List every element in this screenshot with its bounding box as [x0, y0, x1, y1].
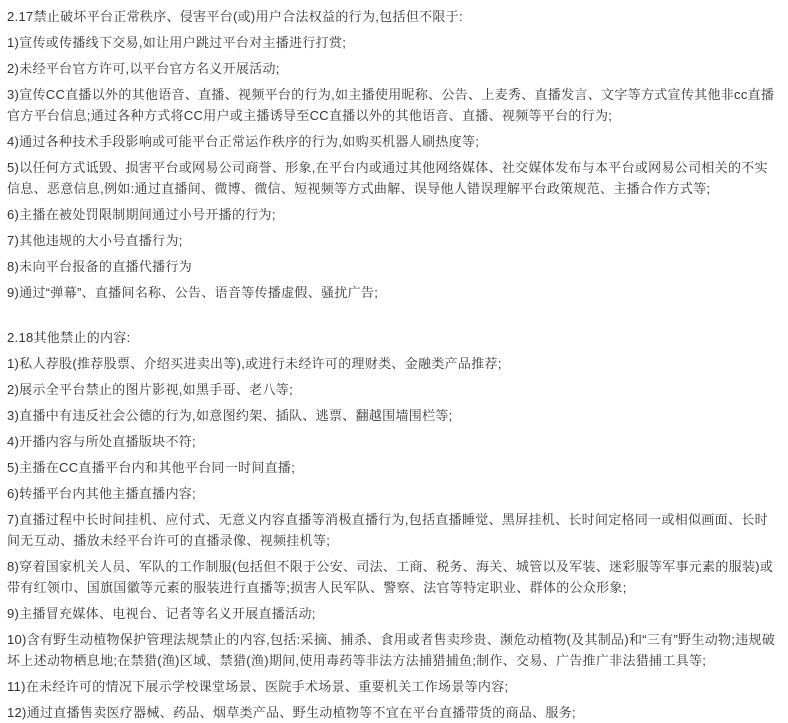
rule-item: 1)宣传或传播线下交易,如让用户跳过平台对主播进行打赏; [7, 32, 781, 53]
rule-item: 4)开播内容与所处直播版块不符; [7, 431, 781, 452]
rule-item: 2)未经平台官方许可,以平台官方名义开展活动; [7, 58, 781, 79]
rule-item: 12)通过直播售卖医疗器械、药品、烟草类产品、野生动植物等不宜在平台直播带货的商… [7, 702, 781, 723]
rule-item: 5)主播在CC直播平台内和其他平台同一时间直播; [7, 457, 781, 478]
rule-item: 8)穿着国家机关人员、军队的工作制服(包括但不限于公安、司法、工商、税务、海关、… [7, 556, 781, 598]
rule-item: 1)私人荐股(推荐股票、介绍买进卖出等),或进行未经许可的理财类、金融类产品推荐… [7, 353, 781, 374]
rule-item: 4)通过各种技术手段影响或可能平台正常运作秩序的行为,如购买机器人刷热度等; [7, 131, 781, 152]
rule-item: 6)转播平台内其他主播直播内容; [7, 483, 781, 504]
rule-item: 9)通过“弹幕”、直播间名称、公告、语音等传播虚假、骚扰广告; [7, 282, 781, 303]
document-page: 2.17禁止破坏平台正常秩序、侵害平台(或)用户合法权益的行为,包括但不限于: … [0, 0, 788, 723]
section-heading: 2.18其他禁止的内容: [7, 327, 781, 348]
rule-item: 6)主播在被处罚限制期间通过小号开播的行为; [7, 204, 781, 225]
rule-item: 2)展示全平台禁止的图片影视,如黑手哥、老八等; [7, 379, 781, 400]
rule-item: 5)以任何方式诋毁、损害平台或网易公司商誉、形象,在平台内或通过其他网络媒体、社… [7, 157, 781, 199]
rule-item: 10)含有野生动植物保护管理法规禁止的内容,包括:采摘、捕杀、食用或者售卖珍贵、… [7, 629, 781, 671]
rule-item: 9)主播冒充媒体、电视台、记者等名义开展直播活动; [7, 603, 781, 624]
rule-item: 8)未向平台报备的直播代播行为 [7, 256, 781, 277]
section-heading: 2.17禁止破坏平台正常秩序、侵害平台(或)用户合法权益的行为,包括但不限于: [7, 6, 781, 27]
section-2-18: 2.18其他禁止的内容: 1)私人荐股(推荐股票、介绍买进卖出等),或进行未经许… [7, 327, 781, 723]
rule-item: 7)其他违规的大小号直播行为; [7, 230, 781, 251]
section-2-17: 2.17禁止破坏平台正常秩序、侵害平台(或)用户合法权益的行为,包括但不限于: … [7, 6, 781, 303]
rule-item: 11)在未经许可的情况下展示学校课堂场景、医院手术场景、重要机关工作场景等内容; [7, 676, 781, 697]
rule-item: 7)直播过程中长时间挂机、应付式、无意义内容直播等消极直播行为,包括直播睡觉、黑… [7, 509, 781, 551]
rule-item: 3)直播中有违反社会公德的行为,如意图约架、插队、逃票、翻越围墙围栏等; [7, 405, 781, 426]
rule-item: 3)宣传CC直播以外的其他语音、直播、视频平台的行为,如主播使用昵称、公告、上麦… [7, 84, 781, 126]
